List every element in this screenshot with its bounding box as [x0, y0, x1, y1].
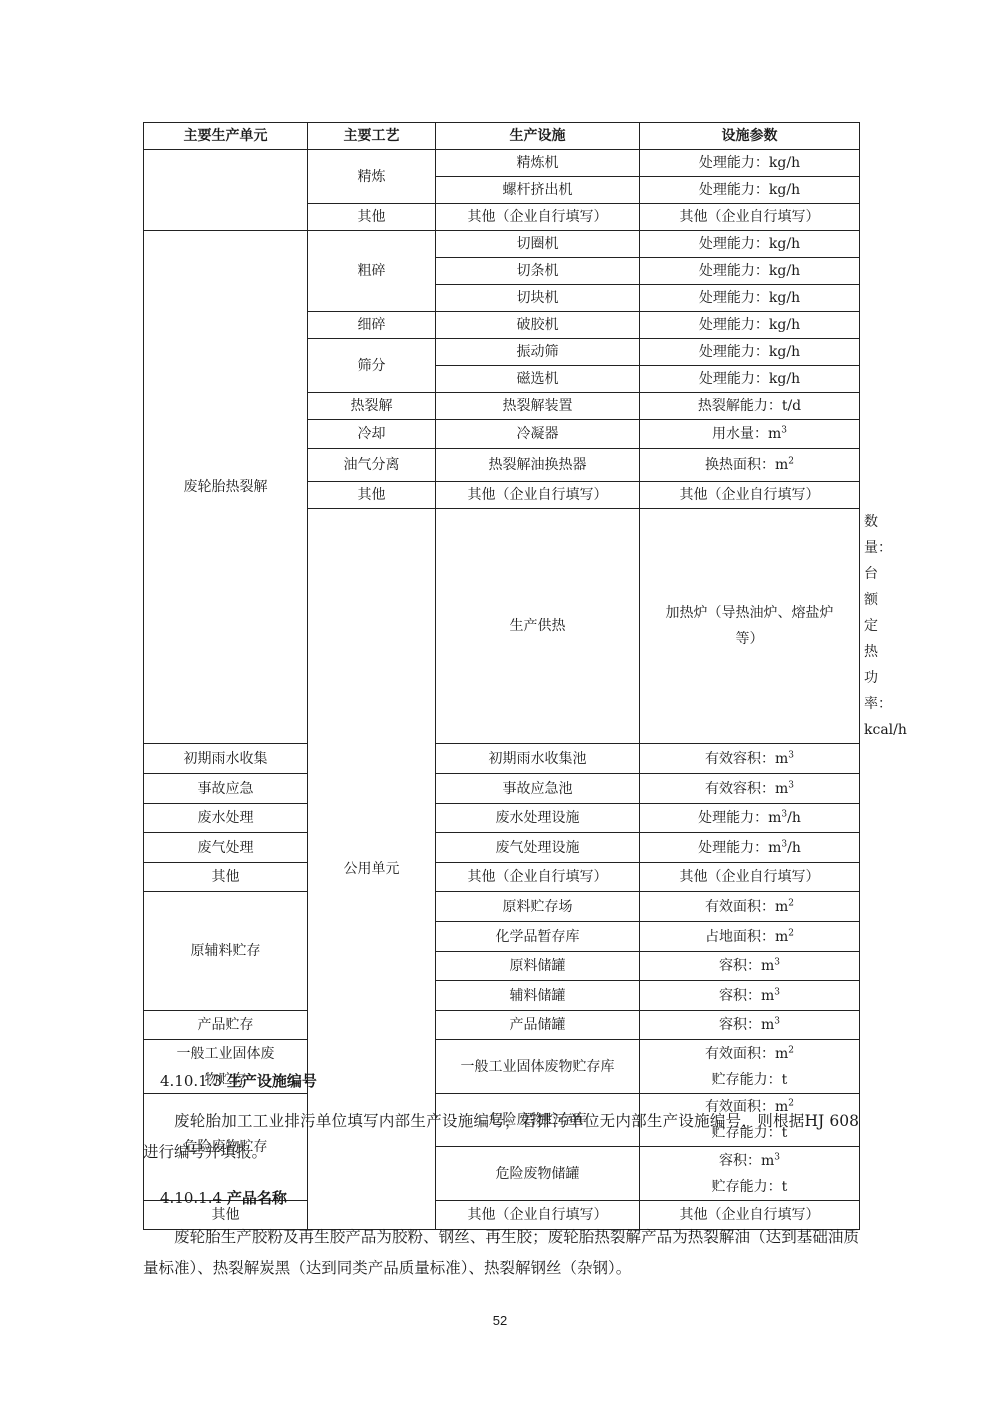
- section-heading-4-10-1-3: 4.10.1.3 生产设施编号: [160, 1070, 317, 1091]
- process-cell: 初期雨水收集: [144, 744, 308, 774]
- table-row: 产品贮存 产品储罐 容积：m3: [144, 1011, 860, 1040]
- param-cell: 有效面积：m2贮存能力：t: [640, 1040, 860, 1094]
- process-cell: 其他: [308, 482, 436, 509]
- param-cell: 处理能力：kg/h: [640, 285, 860, 312]
- param-cell: 处理能力：kg/h: [640, 312, 860, 339]
- param-cell: 容积：m3: [640, 952, 860, 981]
- param-cell: 换热面积：m2: [640, 449, 860, 482]
- param-cell: 处理能力：kg/h: [640, 339, 860, 366]
- process-cell: 粗碎: [308, 231, 436, 312]
- param-cell: 处理能力：kg/h: [640, 231, 860, 258]
- section-body-paragraph: 废轮胎加工工业排污单位填写内部生产设施编号，若排污单位无内部生产设施编号，则根据…: [143, 1106, 859, 1168]
- param-cell: 处理能力：m3/h: [640, 833, 860, 863]
- section-title: 产品名称: [227, 1189, 287, 1207]
- facility-cell: 切块机: [436, 285, 640, 312]
- facility-cell: 一般工业固体废物贮存库: [436, 1040, 640, 1094]
- table-row: 原辅料贮存 原料贮存场 有效面积：m2: [144, 892, 860, 922]
- table-row: 废气处理 废气处理设施 处理能力：m3/h: [144, 833, 860, 863]
- facility-cell: 热裂解油换热器: [436, 449, 640, 482]
- param-cell: 有效容积：m3: [640, 744, 860, 774]
- table-row: 精炼 精炼机 处理能力：kg/h: [144, 150, 860, 177]
- facility-cell: 精炼机: [436, 150, 640, 177]
- facility-cell: 其他（企业自行填写）: [436, 863, 640, 892]
- facility-cell: 产品储罐: [436, 1011, 640, 1040]
- process-cell: 废气处理: [144, 833, 308, 863]
- process-cell: 生产供热: [436, 509, 640, 744]
- section-number: 4.10.1.4: [160, 1189, 222, 1207]
- process-cell: 热裂解: [308, 393, 436, 420]
- process-cell: 细碎: [308, 312, 436, 339]
- facility-cell: 磁选机: [436, 366, 640, 393]
- facility-cell: 螺杆挤出机: [436, 177, 640, 204]
- facility-cell: 废气处理设施: [436, 833, 640, 863]
- process-cell: 其他: [144, 863, 308, 892]
- facility-cell: 冷凝器: [436, 420, 640, 449]
- process-cell: 筛分: [308, 339, 436, 393]
- param-cell: 处理能力：kg/h: [640, 258, 860, 285]
- param-cell: 其他（企业自行填写）: [640, 863, 860, 892]
- header-params: 设施参数: [640, 123, 860, 150]
- facility-cell: 其他（企业自行填写）: [436, 482, 640, 509]
- facility-cell: 原料贮存场: [436, 892, 640, 922]
- param-cell: 有效容积：m3: [640, 774, 860, 804]
- process-cell: 原辅料贮存: [144, 892, 308, 1011]
- facility-cell: 辅料储罐: [436, 981, 640, 1011]
- process-cell: 产品贮存: [144, 1011, 308, 1040]
- facility-cell: 原料储罐: [436, 952, 640, 981]
- process-cell: 冷却: [308, 420, 436, 449]
- facility-cell: 化学品暂存库: [436, 922, 640, 952]
- header-facility: 生产设施: [436, 123, 640, 150]
- facility-cell: 振动筛: [436, 339, 640, 366]
- table-row: 废水处理 废水处理设施 处理能力：m3/h: [144, 804, 860, 833]
- header-unit: 主要生产单元: [144, 123, 308, 150]
- process-cell: 事故应急: [144, 774, 308, 804]
- table-row: 废轮胎热裂解 粗碎 切圈机 处理能力：kg/h: [144, 231, 860, 258]
- facility-cell: 热裂解装置: [436, 393, 640, 420]
- facility-cell: 切圈机: [436, 231, 640, 258]
- param-cell: 其他（企业自行填写）: [640, 204, 860, 231]
- param-cell: 有效面积：m2: [640, 892, 860, 922]
- unit-cell: [144, 150, 308, 231]
- param-cell: 处理能力：m3/h: [640, 804, 860, 833]
- param-cell: 用水量：m3: [640, 420, 860, 449]
- facility-cell: 切条机: [436, 258, 640, 285]
- process-cell: 废水处理: [144, 804, 308, 833]
- param-cell: 其他（企业自行填写）: [640, 482, 860, 509]
- table-row: 其他 其他（企业自行填写） 其他（企业自行填写）: [144, 863, 860, 892]
- section-heading-4-10-1-4: 4.10.1.4 产品名称: [160, 1187, 287, 1208]
- param-cell: 热裂解能力：t/d: [640, 393, 860, 420]
- section-body-paragraph: 废轮胎生产胶粉及再生胶产品为胶粉、钢丝、再生胶；废轮胎热裂解产品为热裂解油（达到…: [143, 1222, 859, 1284]
- header-process: 主要工艺: [308, 123, 436, 150]
- facility-cell: 初期雨水收集池: [436, 744, 640, 774]
- facility-cell: 破胶机: [436, 312, 640, 339]
- param-cell: 处理能力：kg/h: [640, 150, 860, 177]
- table-row: 事故应急 事故应急池 有效容积：m3: [144, 774, 860, 804]
- param-cell: 处理能力：kg/h: [640, 177, 860, 204]
- page-number: 52: [0, 1313, 1000, 1328]
- process-cell: 油气分离: [308, 449, 436, 482]
- facility-cell: 事故应急池: [436, 774, 640, 804]
- facility-cell: 加热炉（导热油炉、熔盐炉等）: [640, 509, 860, 744]
- section-title: 生产设施编号: [227, 1072, 317, 1090]
- facility-cell: 废水处理设施: [436, 804, 640, 833]
- table-row: 初期雨水收集 初期雨水收集池 有效容积：m3: [144, 744, 860, 774]
- facility-cell: 其他（企业自行填写）: [436, 204, 640, 231]
- table-header-row: 主要生产单元 主要工艺 生产设施 设施参数: [144, 123, 860, 150]
- param-cell: 容积：m3: [640, 981, 860, 1011]
- process-cell: 其他: [308, 204, 436, 231]
- param-cell: 占地面积：m2: [640, 922, 860, 952]
- param-cell: 容积：m3: [640, 1011, 860, 1040]
- section-number: 4.10.1.3: [160, 1072, 222, 1090]
- process-cell: 精炼: [308, 150, 436, 204]
- unit-cell: 废轮胎热裂解: [144, 231, 308, 744]
- facility-table: 主要生产单元 主要工艺 生产设施 设施参数 精炼 精炼机 处理能力：kg/h 螺…: [143, 122, 860, 1230]
- param-cell: 处理能力：kg/h: [640, 366, 860, 393]
